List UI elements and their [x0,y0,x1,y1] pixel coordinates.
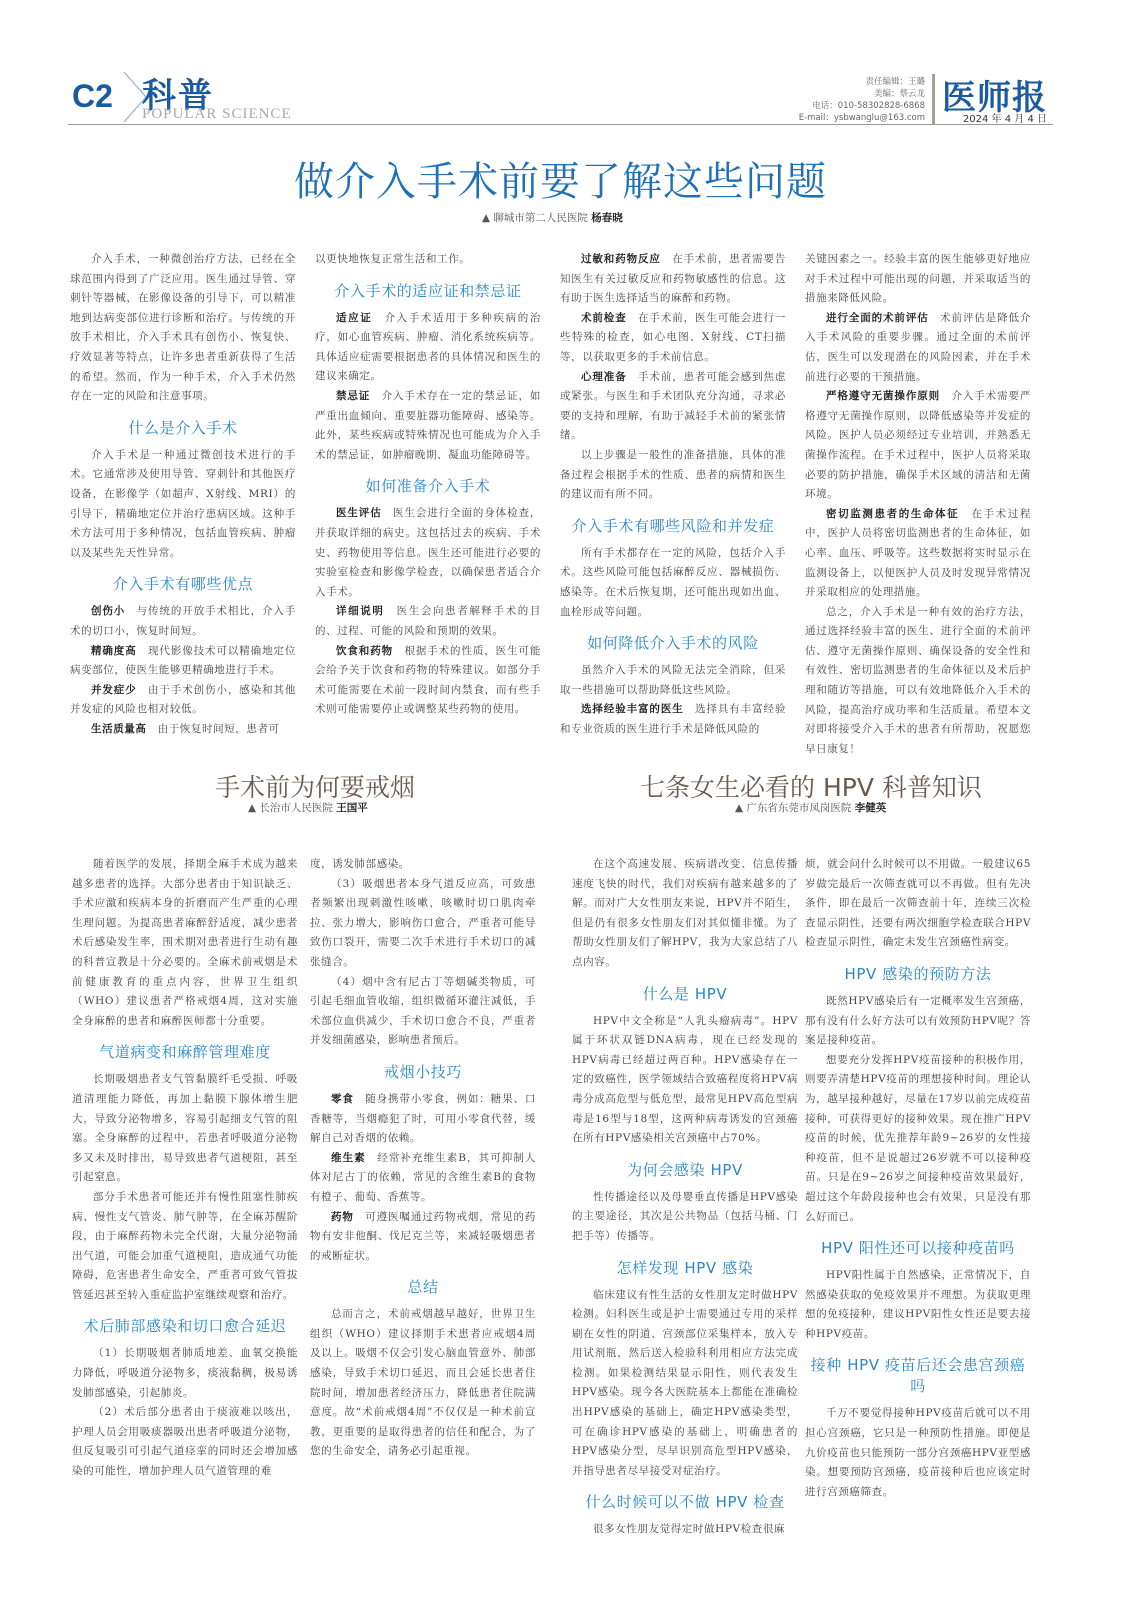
paragraph: 千万不要觉得接种HPV疫苗后就可以不用担心宫颈癌，它只是一种预防性措施。即便是九… [805,1404,1031,1502]
paragraph: 精确度高 现代影像技术可以精确地定位病变部位，使医生能够更精确地进行手术。 [70,642,296,681]
paragraph: 生活质量高 由于恢复时间短，患者可 [70,720,296,740]
paragraph: （4）烟中含有尼古丁等烟碱类物质，可引起毛细血管收缩，组织微循环灌注减低，手术部… [310,973,536,1051]
lead-term: 维生素 [331,1152,366,1164]
lead-term: 医生评估 [336,507,382,519]
paragraph: 烦，就会问什么时候可以不用做。一般建议65岁做完最后一次筛查就可以不再做。但有先… [805,855,1031,953]
article1-byline: ▲ 聊城市第二人民医院 杨春晓 [482,210,623,225]
lead-term: 并发症少 [91,684,137,696]
paragraph: 维生素 经常补充维生素B，其可抑制人体对尼古丁的依赖，常见的含维生素B的食物有橙… [310,1149,536,1208]
paragraph: 性传播途径以及母婴垂直传播是HPV感染的主要途径，其次是公共物品（包括马桶、门把… [572,1188,798,1247]
paragraph: 进行全面的术前评估 术前评估是降低介入手术风险的重要步骤。通过全面的术前评估，医… [805,309,1031,387]
lead-term: 零食 [331,1093,354,1105]
paragraph: 术前检查 在手术前，医生可能会进行一些特殊的检查，如心电图、X射线、CT扫描等，… [560,309,786,368]
subheading: HPV 感染的预防方法 [805,963,1031,984]
paragraph: HPV阳性属于自然感染，正常情况下，自然感染获取的免疫效果并不理想。为获取更理想… [805,1266,1031,1344]
article1-col1: 介入手术，一种微创治疗方法，已经在全球范围内得到了广泛应用。医生通过导管、穿刺针… [70,250,296,739]
lead-term: 密切监测患者的生命体征 [826,508,959,520]
paragraph: 想要充分发挥HPV疫苗接种的积极作用，则要弄清楚HPV疫苗的理想接种时间。理论认… [805,1051,1031,1227]
paragraph: 心理准备 手术前，患者可能会感到焦虑或紧张。与医生和手术团队充分沟通，寻求必要的… [560,368,786,446]
lead-term: 术前检查 [581,312,627,324]
paragraph: 虽然介入手术的风险无法完全消除，但采取一些措施可以帮助降低这些风险。 [560,661,786,700]
article1-col4: 关键因素之一。经验丰富的医生能够更好地应对手术过程中可能出现的问题，并采取适当的… [805,250,1031,759]
lead-term: 选择经验丰富的医生 [581,703,684,715]
paragraph: 随着医学的发展，择期全麻手术成为越来越多患者的选择。大部分患者由于知识缺乏、手术… [72,855,298,1031]
subheading: 怎样发现 HPV 感染 [572,1257,798,1278]
paragraph: 零食 随身携带小零食，例如：糖果、口香糖等，当烟瘾犯了时，可用小零食代替，缓解自… [310,1090,536,1149]
paragraph: 总而言之，术前戒烟越早越好，世界卫生组织（WHO）建议择期手术患者应戒烟4周及以… [310,1305,536,1462]
lead-term: 饮食和药物 [336,645,393,657]
lead-term: 生活质量高 [91,723,147,735]
lead-term: 详细说明 [336,605,384,617]
staff-info: 责任编辑：王璐 美编：蔡云龙 电话：010-58302828-6868 E-ma… [799,76,925,124]
article2-col1: 随着医学的发展，择期全麻手术成为越来越多患者的选择。大部分患者由于知识缺乏、手术… [72,855,298,1482]
article2-byline: ▲ 长治市人民医院 王国平 [248,800,368,815]
paragraph: 选择经验丰富的医生 选择具有丰富经验和专业资质的医生进行手术是降低风险的 [560,700,786,739]
paragraph: 总之，介入手术是一种有效的治疗方法，通过选择经验丰富的医生、进行全面的术前评估、… [805,603,1031,760]
paragraph: 并发症少 由于手术创伤小，感染和其他并发症的风险也相对较低。 [70,681,296,720]
section-title-en: POPULAR SCIENCE [142,106,292,123]
article2-col2: 度，诱发肺部感染。（3）吸烟患者本身气道反应高，可致患者频繁出现刺激性咳嗽，咳嗽… [310,855,536,1462]
paragraph: 适应证 介入手术适用于多种疾病的治疗，如心血管疾病、肿瘤、消化系统疾病等。具体适… [315,309,541,387]
paragraph: 所有手术都存在一定的风险，包括介入手术。这些风险可能包括麻醉反应、器械损伤、感染… [560,544,786,622]
subheading: 如何降低介入手术的风险 [560,632,786,653]
paragraph: 介入手术，一种微创治疗方法，已经在全球范围内得到了广泛应用。医生通过导管、穿刺针… [70,250,296,407]
subheading: 什么是 HPV [572,983,798,1004]
page-header: C2 科普 POPULAR SCIENCE 责任编辑：王璐 美编：蔡云龙 电话：… [68,70,1053,124]
paragraph: 详细说明 医生会向患者解释手术的目的、过程、可能的风险和预期的效果。 [315,602,541,641]
article3-col1: 在这个高速发展、疾病谱改变、信息传播速度飞快的时代，我们对疾病有越来越多的了解。… [572,855,798,1540]
paragraph: 创伤小 与传统的开放手术相比，介入手术的切口小，恢复时间短。 [70,602,296,641]
paragraph: 禁忌证 介入手术存在一定的禁忌证，如严重出血倾向、重要脏器功能障碍、感染等。此外… [315,387,541,465]
paragraph: 在这个高速发展、疾病谱改变、信息传播速度飞快的时代，我们对疾病有越来越多的了解。… [572,855,798,973]
paragraph: 临床建议有性生活的女性朋友定时做HPV检测。妇科医生或是护士需要通过专用的采样刷… [572,1286,798,1482]
paragraph: （3）吸烟患者本身气道反应高，可致患者频繁出现刺激性咳嗽，咳嗽时切口肌肉牵拉、张… [310,875,536,973]
subheading: 术后肺部感染和切口愈合延迟 [72,1315,298,1336]
paragraph: 长期吸烟患者支气管黏膜纤毛受损、呼吸道清理能力降低，再加上黏膜下腺体增生肥大，导… [72,1070,298,1188]
lead-term: 进行全面的术前评估 [826,312,929,324]
divider [932,74,935,124]
paragraph: 关键因素之一。经验丰富的医生能够更好地应对手术过程中可能出现的问题，并采取适当的… [805,250,1031,309]
subheading: 介入手术有哪些风险和并发症 [560,515,786,536]
paragraph: 以上步骤是一般性的准备措施，具体的准备过程会根据手术的性质、患者的病情和医生的建… [560,446,786,505]
subheading: 介入手术有哪些优点 [70,573,296,594]
article2-title: 手术前为何要戒烟 [215,768,415,804]
subheading: 戒烟小技巧 [310,1061,536,1082]
paragraph: 部分手术患者可能还并有慢性阻塞性肺疾病、慢性支气管炎、肺气肿等，在全麻苏醒阶段，… [72,1188,298,1306]
paragraph: 饮食和药物 根据手术的性质，医生可能会给予关于饮食和药物的特殊建议。如部分手术可… [315,642,541,720]
paragraph: 过敏和药物反应 在手术前，患者需要告知医生有关过敏反应和药物敏感性的信息。这有助… [560,250,786,309]
subheading: 什么时候可以不做 HPV 检查 [572,1491,798,1512]
paragraph: 严格遵守无菌操作原则 介入手术需要严格遵守无菌操作原则，以降低感染等并发症的风险… [805,387,1031,505]
subheading: 总结 [310,1276,536,1297]
issue-date: 2024 年 4 月 4 日 [963,110,1047,125]
lead-term: 过敏和药物反应 [581,253,661,265]
paragraph: 药物 可遵医嘱通过药物戒烟，常见的药物有安非他酮、伐尼克兰等，来减轻吸烟患者的戒… [310,1208,536,1267]
subheading: 为何会感染 HPV [572,1159,798,1180]
article3-col2: 烦，就会问什么时候可以不用做。一般建议65岁做完最后一次筛查就可以不再做。但有先… [805,855,1031,1502]
lead-term: 严格遵守无菌操作原则 [826,390,940,402]
subheading: 气道病变和麻醉管理难度 [72,1041,298,1062]
subheading: 接种 HPV 疫苗后还会患宫颈癌吗 [805,1354,1031,1396]
article3-title: 七条女生必看的 HPV 科普知识 [640,768,982,804]
paragraph: 很多女性朋友觉得定时做HPV检查很麻 [572,1520,798,1540]
subheading: 介入手术的适应证和禁忌证 [315,280,541,301]
article1-col2: 以更快地恢复正常生活和工作。介入手术的适应证和禁忌证适应证 介入手术适用于多种疾… [315,250,541,720]
paragraph: 度，诱发肺部感染。 [310,855,536,875]
header-rule [68,124,1053,125]
subheading: 什么是介入手术 [70,417,296,438]
lead-term: 精确度高 [91,645,137,657]
paragraph: 密切监测患者的生命体征 在手术过程中，医护人员将密切监测患者的生命体征，如心率、… [805,505,1031,603]
paragraph: （2）术后部分患者由于痰液难以咳出，护理人员会用吸痰器吸出患者呼吸道分泌物，但反… [72,1403,298,1481]
lead-term: 禁忌证 [336,390,370,402]
subheading: 如何准备介入手术 [315,475,541,496]
paragraph: 既然HPV感染后有一定概率发生宫颈癌，那有没有什么好方法可以有效预防HPV呢？答… [805,992,1031,1051]
article1-col3: 过敏和药物反应 在手术前，患者需要告知医生有关过敏反应和药物敏感性的信息。这有助… [560,250,786,739]
paragraph: 介入手术是一种通过微创技术进行的手术。它通常涉及使用导管、穿刺针和其他医疗设备，… [70,446,296,564]
lead-term: 创伤小 [91,605,125,617]
lead-term: 心理准备 [581,371,627,383]
lead-term: 药物 [331,1211,354,1223]
paragraph: HPV中文全称是“人乳头瘤病毒”。HPV属于环状双链DNA病毒，现在已经发现的H… [572,1012,798,1149]
paragraph: （1）长期吸烟者肺质地差、血氧交换能力降低，呼吸道分泌物多，痰液黏稠，极易诱发肺… [72,1344,298,1403]
article3-byline: ▲ 广东省东莞市凤岗医院 李健英 [735,800,886,815]
paragraph: 医生评估 医生会进行全面的身体检查，并获取详细的病史。这包括过去的疾病、手术史、… [315,504,541,602]
article1-title: 做介入手术前要了解这些问题 [0,150,1121,207]
page-number: C2 [72,78,113,115]
paragraph: 以更快地恢复正常生活和工作。 [315,250,541,270]
lead-term: 适应证 [336,312,372,324]
subheading: HPV 阳性还可以接种疫苗吗 [805,1237,1031,1258]
